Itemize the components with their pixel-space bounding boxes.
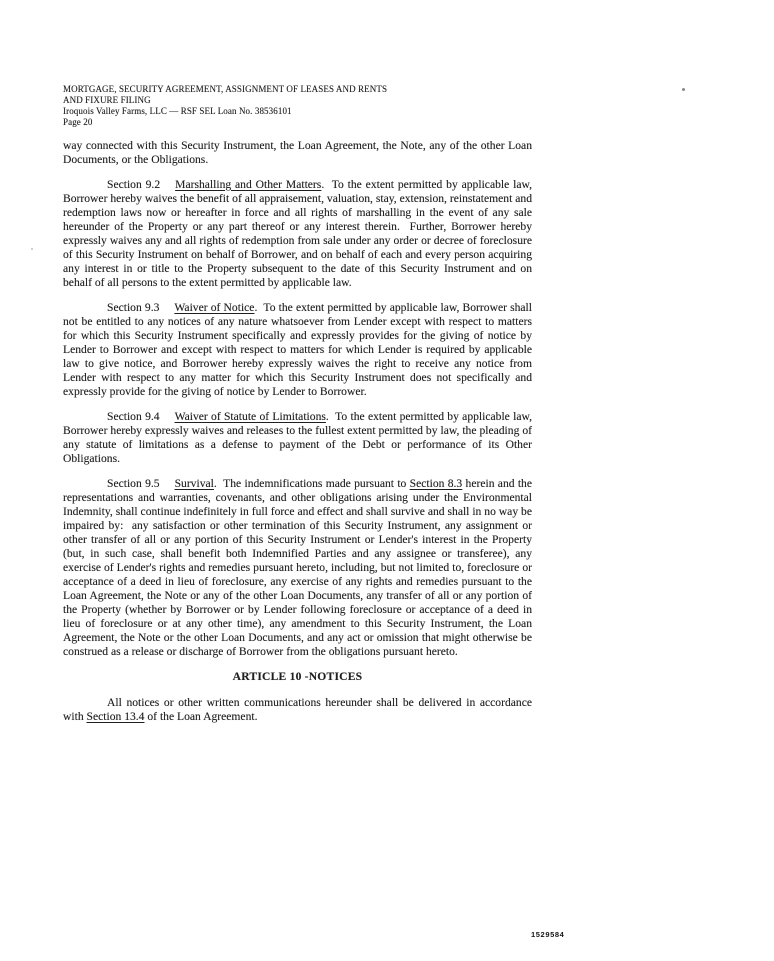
scan-speck <box>682 88 685 91</box>
section-9-4-title: Waiver of Statute of Limitations <box>175 410 326 423</box>
scan-speck <box>31 248 33 250</box>
section-9-5-body-after: herein and the representations and warra… <box>63 477 532 658</box>
section-9-3-body: . To the extent permitted by applicable … <box>63 301 532 398</box>
document-content: MORTGAGE, SECURITY AGREEMENT, ASSIGNMENT… <box>63 84 532 735</box>
header-page-number: Page 20 <box>63 117 532 128</box>
section-9-2-paragraph: Section 9.2Marshalling and Other Matters… <box>63 178 532 290</box>
section-8-3-reference: Section 8.3 <box>410 477 463 490</box>
notices-paragraph: All notices or other written communicati… <box>63 696 532 724</box>
notices-text-after: of the Loan Agreement. <box>144 710 257 723</box>
section-9-2-title: Marshalling and Other Matters <box>175 178 321 191</box>
document-stamp-number: 1529584 <box>531 930 564 939</box>
document-body: way connected with this Security Instrum… <box>63 139 532 724</box>
scanned-document-page: MORTGAGE, SECURITY AGREEMENT, ASSIGNMENT… <box>0 0 774 961</box>
section-9-5-paragraph: Section 9.5Survival. The indemnification… <box>63 477 532 659</box>
section-9-4-number: Section 9.4 <box>107 410 160 423</box>
section-9-5-number: Section 9.5 <box>107 477 160 490</box>
header-document-title-line1: MORTGAGE, SECURITY AGREEMENT, ASSIGNMENT… <box>63 84 532 95</box>
document-header-block: MORTGAGE, SECURITY AGREEMENT, ASSIGNMENT… <box>63 84 532 128</box>
section-9-2-body: . To the extent permitted by applicable … <box>63 178 532 289</box>
paragraph-continuation: way connected with this Security Instrum… <box>63 139 532 167</box>
header-loan-reference: Iroquois Valley Farms, LLC — RSF SEL Loa… <box>63 106 532 117</box>
article-10-heading: ARTICLE 10 -NOTICES <box>63 670 532 684</box>
section-9-5-body-before: . The indemnifications made pursuant to <box>214 477 410 490</box>
section-9-3-number: Section 9.3 <box>107 301 159 314</box>
section-9-3-paragraph: Section 9.3Waiver of Notice. To the exte… <box>63 301 532 399</box>
section-13-4-reference: Section 13.4 <box>87 710 145 723</box>
header-document-title-line2: AND FIXURE FILING <box>63 95 532 106</box>
section-9-3-title: Waiver of Notice <box>174 301 254 314</box>
section-9-2-number: Section 9.2 <box>107 178 160 191</box>
section-9-4-paragraph: Section 9.4Waiver of Statute of Limitati… <box>63 410 532 466</box>
section-9-5-title: Survival <box>175 477 214 490</box>
